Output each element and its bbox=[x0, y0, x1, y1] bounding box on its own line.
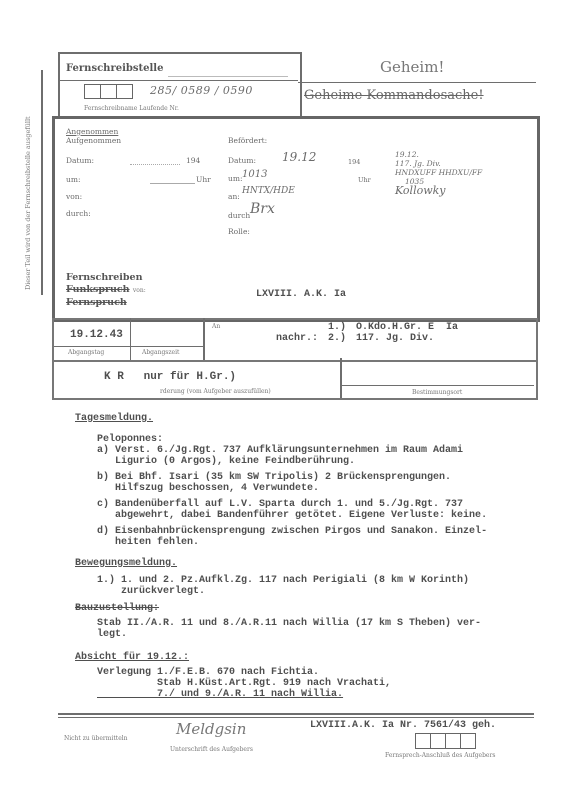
received-by-label: durch: bbox=[66, 209, 91, 218]
side-note-text: Dieser Teil wird von der Fernschreibstel… bbox=[24, 116, 32, 290]
section-daily-report-lines: Peloponnes: a) Verst. 6./Jg.Rgt. 737 Auf… bbox=[75, 434, 487, 548]
section-struck-lines: Stab II./A.R. 11 und 8./A.R.11 nach Will… bbox=[75, 618, 487, 640]
forwarded-time-label: um: bbox=[228, 174, 242, 183]
struck-classification: Geheime Kommandosache! bbox=[304, 88, 484, 103]
section-title-movement-report: Bewegungsmeldung. bbox=[75, 558, 487, 569]
dispatch-date-label: Abgangstag bbox=[68, 349, 104, 356]
secret-label: Geheim! bbox=[380, 58, 444, 76]
forwarded-time-value: 1013 bbox=[242, 169, 267, 180]
phone-boxes bbox=[415, 733, 476, 749]
sender-struck-2: Fernspruch bbox=[66, 297, 146, 309]
signature-label: Unterschrift des Aufgebers bbox=[170, 746, 253, 753]
reference-number: LXVIII.A.K. Ia Nr. 7561/43 geh. bbox=[310, 720, 496, 731]
received-heading-1: Angenommen bbox=[66, 127, 121, 136]
message-body: Tagesmeldung. Peloponnes: a) Verst. 6./J… bbox=[75, 413, 487, 700]
destination-label: Bestimmungsort bbox=[412, 389, 462, 396]
section-title-struck: Bauzustellung: bbox=[75, 603, 487, 614]
annotation-line-1: 19.12. bbox=[395, 150, 482, 159]
forwarded-date-value: 19.12 bbox=[282, 150, 316, 164]
number-label: Fernschreibname Laufende Nr. bbox=[84, 105, 179, 112]
dispatch-to-label: An bbox=[212, 323, 220, 330]
received-date-label: Datum: bbox=[66, 156, 94, 165]
dispatch-time-label: Abgangszeit bbox=[142, 349, 179, 356]
forwarded-time-unit: Uhr bbox=[358, 176, 371, 184]
recipient-2: nachr.: 2.) 117. Jg. Div. bbox=[270, 333, 458, 344]
number-boxes bbox=[84, 84, 133, 99]
sender-struck-1: Funkspruch bbox=[66, 284, 130, 295]
received-heading: Angenommen Aufgenommen bbox=[66, 127, 121, 145]
signature: Meldgsin bbox=[176, 720, 246, 738]
dispatch-date: 19.12.43 bbox=[70, 330, 123, 341]
received-heading-2: Aufgenommen bbox=[66, 136, 121, 145]
handwritten-annotation: 19.12. 117. Jg. Div. HNDXUFF HHDXU/FF 10… bbox=[395, 150, 482, 195]
forwarded-by-value: Brx bbox=[250, 201, 275, 217]
section-title-intention: Absicht für 19.12.: bbox=[75, 652, 487, 663]
side-note: Dieser Teil wird von der Fernschreibstel… bbox=[24, 70, 32, 290]
forwarded-by-label: durch bbox=[228, 211, 250, 220]
annotation-line-5: Kollowky bbox=[395, 186, 482, 195]
received-year: 194 bbox=[186, 156, 200, 165]
sender-from-label: von: bbox=[133, 287, 146, 294]
forwarded-to-value: HNTX/HDE bbox=[242, 186, 295, 196]
sender-type: Fernschreiben bbox=[66, 272, 146, 284]
forwarded-roll-label: Rolle: bbox=[228, 227, 250, 236]
station-label: Fernschreibstelle bbox=[66, 63, 163, 74]
section-movement-report-lines: 1.) 1. und 2. Pz.Aufkl.Zg. 117 nach Peri… bbox=[75, 575, 487, 597]
priority-value: K R nur für H.Gr.) bbox=[104, 372, 236, 383]
forwarded-year: 194 bbox=[348, 158, 360, 166]
forwarded-heading: Befördert: bbox=[228, 136, 267, 145]
sender-block: Fernschreiben Funkspruch von: Fernspruch bbox=[66, 272, 146, 309]
received-time-label: um: bbox=[66, 175, 80, 184]
sender-value: LXVIII. A.K. Ia bbox=[256, 289, 346, 300]
section-title-daily-report: Tagesmeldung. bbox=[75, 413, 487, 424]
handwritten-number: 285/ 0589 / 0590 bbox=[150, 84, 253, 97]
not-transmit-label: Nicht zu übermitteln bbox=[64, 735, 128, 742]
annotation-line-3: HNDXUFF HHDXU/FF bbox=[395, 168, 482, 177]
phone-label: Fernsprech-Anschluß des Aufgebers bbox=[385, 752, 495, 759]
annotation-line-2: 117. Jg. Div. bbox=[395, 159, 482, 168]
received-from-label: von: bbox=[66, 192, 82, 201]
priority-label: rderung (vom Aufgeber auszufüllen) bbox=[160, 388, 271, 395]
recipient-list: 1.) O.Kdo.H.Gr. E Ia nachr.: 2.) 117. Jg… bbox=[270, 322, 458, 344]
section-intention-lines: Verlegung 1./F.E.B. 670 nach Fichtia. St… bbox=[75, 667, 487, 700]
received-time-unit: Uhr bbox=[196, 175, 211, 184]
forwarded-date-label: Datum: bbox=[228, 156, 256, 165]
recipient-1: 1.) O.Kdo.H.Gr. E Ia bbox=[270, 322, 458, 333]
forwarded-to-label: an: bbox=[228, 192, 240, 201]
